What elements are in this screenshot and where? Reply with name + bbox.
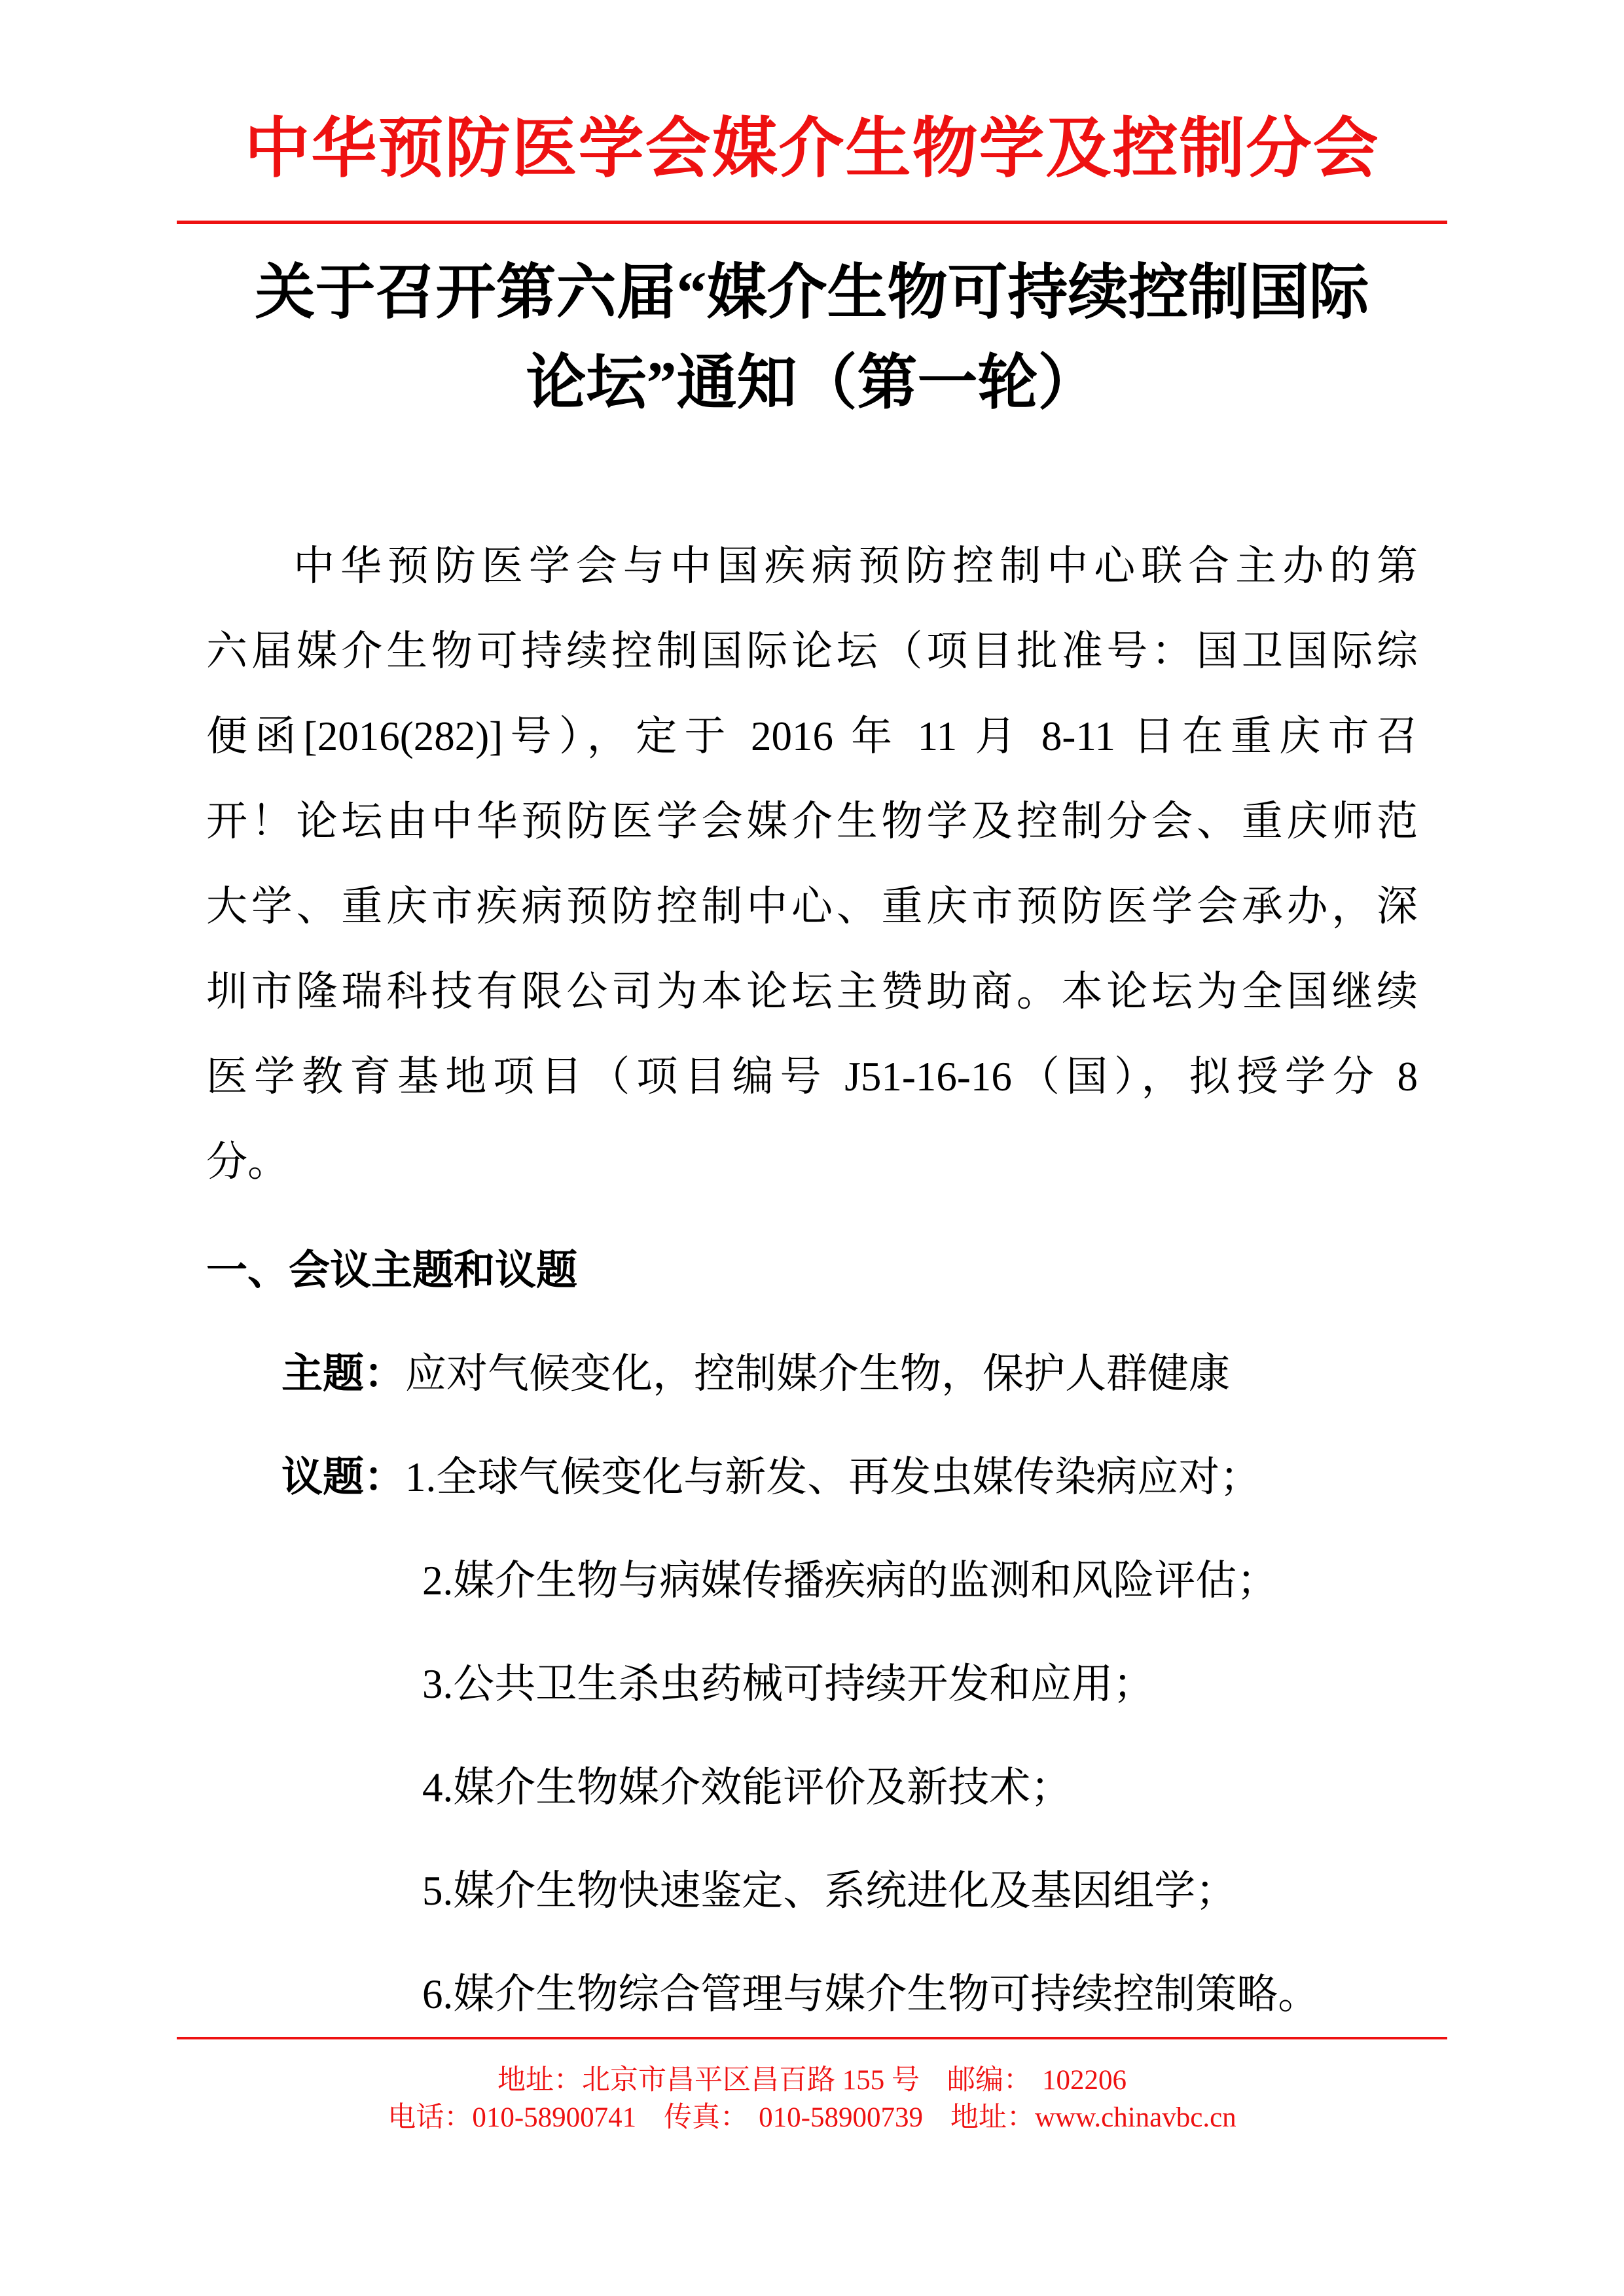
footer-web-value: www.chinavbc.cn (1035, 2102, 1236, 2133)
document-title-line1: 关于召开第六届“媒介生物可持续控制国际 (255, 259, 1369, 326)
body-line: 便函[2016(282)]号），定于 2016 年 11 月 8-11 日在重庆… (206, 694, 1418, 779)
footer-contact: 地址：北京市昌平区昌百路 155 号邮编：102206 电话：010-58900… (177, 2062, 1447, 2136)
topics-line: 议题：1.全球气候变化与新发、再发虫媒传染病应对； (206, 1426, 1418, 1529)
letterhead-org-name: 中华预防医学会媒介生物学及控制分会 (177, 111, 1447, 187)
body-line: 圳市隆瑞科技有限公司为本论坛主赞助商。本论坛为全国继续 (206, 949, 1418, 1034)
footer-address-value: 北京市昌平区昌百路 155 号 (582, 2065, 920, 2096)
body-paragraph: 中华预防医学会与中国疾病预防控制中心联合主办的第 六届媒介生物可持续控制国际论坛… (177, 524, 1447, 1204)
agenda-section: 一、会议主题和议题 主题：应对气候变化，控制媒介生物，保护人群健康 议题：1.全… (177, 1219, 1447, 2046)
topic-item-5: 5.媒介生物快速鉴定、系统进化及基因组学； (206, 1839, 1418, 1943)
footer-tel-value: 010-58900741 (472, 2102, 636, 2133)
body-line: 分。 (206, 1119, 1418, 1204)
footer-fax-value: 010-58900739 (759, 2102, 923, 2133)
footer-web-label: 地址： (950, 2102, 1035, 2133)
body-line: 中华预防医学会与中国疾病预防控制中心联合主办的第 (206, 524, 1418, 609)
footer-line-contacts: 电话：010-58900741传真：010-58900739地址：www.chi… (177, 2099, 1447, 2136)
document-title: 关于召开第六届“媒介生物可持续控制国际论坛”通知（第一轮） (177, 247, 1447, 428)
body-line: 开！论坛由中华预防医学会媒介生物学及控制分会、重庆师范 (206, 779, 1418, 864)
topic-item-4: 4.媒介生物媒介效能评价及新技术； (206, 1736, 1418, 1839)
topics-label: 议题： (281, 1454, 405, 1500)
document-title-line2: 论坛”通知（第一轮） (526, 350, 1098, 416)
footer-zip-label: 邮编： (947, 2065, 1032, 2096)
body-line: 大学、重庆市疾病预防控制中心、重庆市预防医学会承办，深 (206, 864, 1418, 949)
letterhead-divider (177, 221, 1447, 224)
theme-text: 应对气候变化，控制媒介生物，保护人群健康 (405, 1351, 1230, 1397)
topic-item-6: 6.媒介生物综合管理与媒介生物可持续控制策略。 (206, 1943, 1418, 2046)
footer-tel-label: 电话： (388, 2102, 472, 2133)
topic-item-2: 2.媒介生物与病媒传播疾病的监测和风险评估； (206, 1529, 1418, 1632)
footer-address-label: 地址： (497, 2065, 582, 2096)
footer-line-address: 地址：北京市昌平区昌百路 155 号邮编：102206 (177, 2062, 1447, 2099)
footer-zip-value: 102206 (1042, 2065, 1127, 2096)
theme-line: 主题：应对气候变化，控制媒介生物，保护人群健康 (206, 1322, 1418, 1426)
theme-label: 主题： (281, 1351, 405, 1397)
document-page: 中华预防医学会媒介生物学及控制分会 关于召开第六届“媒介生物可持续控制国际论坛”… (0, 0, 1624, 2136)
section-heading: 一、会议主题和议题 (206, 1219, 1418, 1322)
topic-item-3: 3.公共卫生杀虫药械可持续开发和应用； (206, 1632, 1418, 1736)
footer-fax-label: 传真： (664, 2102, 748, 2133)
topic-item-1: 1.全球气候变化与新发、再发虫媒传染病应对； (405, 1454, 1261, 1500)
body-line: 医学教育基地项目（项目编号 J51-16-16（国），拟授学分 8 (206, 1034, 1418, 1119)
body-line: 六届媒介生物可持续控制国际论坛（项目批准号：国卫国际综 (206, 609, 1418, 694)
